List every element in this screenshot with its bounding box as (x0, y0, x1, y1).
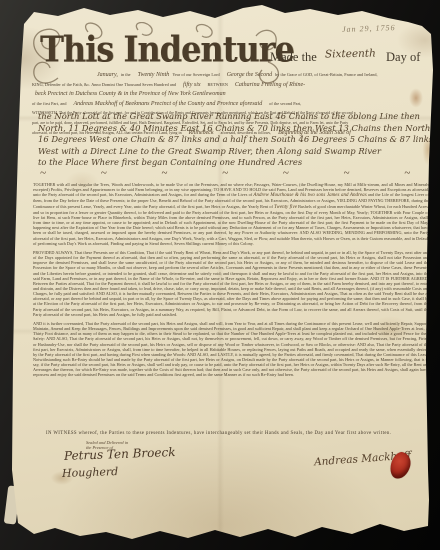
handwritten-grantor-residence: beck Precinct in Dutchess County & in th… (35, 91, 226, 97)
pencil-date-note: Jan 29, 1756 (342, 23, 396, 34)
description-line: North, 11 Degrees & 40 Minutes East 16 C… (38, 123, 426, 135)
printed-text: by the Grace of GOD, of Great-Britain, F… (275, 72, 377, 77)
handwritten-year: fifty six (183, 82, 201, 88)
made-the-label: Made the (270, 50, 317, 65)
printed-text: BETWEEN (208, 82, 228, 87)
in-witness-clause: IN WITNESS whereof, the Parties to these… (46, 431, 391, 436)
description-line: West with a Direct Line to the Great Swa… (38, 146, 426, 158)
printed-text: KING, Defender of the Faith, &c. Anno Do… (32, 82, 176, 87)
day-value-handwritten: Sixteenth (325, 48, 376, 61)
metes-and-bounds-description: the North Lott at the Great Swamp River … (38, 111, 426, 169)
handwritten-regnal-year: Twenty Ninth (138, 72, 170, 78)
witness-signature-2: Hougherd (62, 465, 119, 480)
intro-line: KING, Defender of the Faith, &c. Anno Do… (32, 79, 432, 89)
lease-paragraph: AND it is further covenanted, That the P… (33, 321, 429, 378)
handwritten-grantee-name: Andreas Mackhoff of Beekmans Precinct of… (73, 101, 262, 107)
printed-text: in the (121, 72, 131, 77)
handwritten-grantor-name: Catharina Freeling of Rhine- (235, 82, 305, 88)
witness-signature-1: Petrus Ten Broeck (64, 445, 176, 463)
indenture-document: Jan 29, 1756 This Indenture Made the Six… (0, 0, 440, 550)
printed-lease-body: TOGETHER with all and singular the Trees… (33, 182, 429, 430)
intro-line: of the first Part, and Andreas Mackhoff … (32, 98, 432, 108)
handwritten-month: January, (97, 72, 118, 78)
description-line: 16 Degrees West one Chain & 87 links and… (38, 134, 426, 146)
ink-flourish-row: ~ ~ ~ ~ ~ ~ ~ ~ ~ ~ (40, 167, 420, 179)
day-of-label: Day of (386, 50, 420, 65)
printed-text: of the first Part, and (32, 101, 66, 106)
description-line: the North Lott at the Great Swamp River … (38, 111, 426, 123)
handwritten-king-name: George the Second (227, 72, 272, 78)
lease-paragraph: PROVIDED ALWAYS, That these Presents are… (33, 250, 429, 317)
printed-text: of the second Part, (269, 101, 301, 106)
intro-line: January,in the Twenty NinthYear of our S… (32, 69, 432, 79)
intro-line: beck Precinct in Dutchess County & in th… (32, 88, 432, 98)
printed-text: Year of our Sovereign Lord (172, 72, 219, 77)
printed-text: Bushels of good clean merchantable Winte… (33, 204, 429, 246)
photo-background: Jan 29, 1756 This Indenture Made the Six… (0, 0, 440, 550)
document-title: This Indenture (40, 28, 294, 71)
lease-paragraph: TOGETHER with all and singular the Trees… (33, 182, 429, 246)
